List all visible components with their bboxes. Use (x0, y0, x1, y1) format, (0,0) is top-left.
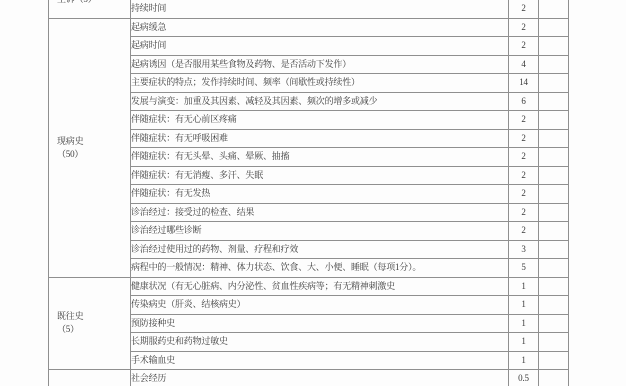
table-row: 社会经历0.5 (49, 370, 569, 386)
score-cell: 2 (509, 185, 539, 204)
item-cell: 起病时间 (131, 37, 509, 56)
check-cell (539, 278, 569, 297)
category-cell: 现病史（50） (49, 19, 131, 278)
check-cell (539, 111, 569, 130)
check-cell (539, 130, 569, 149)
score-cell: 0.5 (509, 370, 539, 386)
category-label-line: （5） (57, 323, 130, 336)
score-cell: 1 (509, 352, 539, 371)
category-cell: 主诉（5） (49, 0, 131, 19)
check-cell (539, 185, 569, 204)
item-cell: 伴随症状：有无呼吸困难 (131, 130, 509, 149)
check-cell (539, 93, 569, 112)
check-cell (539, 204, 569, 223)
check-cell (539, 315, 569, 334)
table-row: 现病史（50）起病缓急2 (49, 19, 569, 38)
item-cell: 长期服药史和药物过敏史 (131, 333, 509, 352)
score-cell: 2 (509, 37, 539, 56)
item-cell: 健康状况（有无心脏病、内分泌性、贫血性疾病等；有无精神刺激史 (131, 278, 509, 297)
check-cell (539, 296, 569, 315)
score-cell: 2 (509, 0, 539, 19)
item-cell: 伴随症状：有无心前区疼痛 (131, 111, 509, 130)
item-cell: 主要症状的特点；发作持续时间、频率（间歇性或持续性） (131, 74, 509, 93)
item-cell: 起病诱因（是否服用某些食物及药物、是否活动下发作） (131, 56, 509, 75)
score-cell: 2 (509, 111, 539, 130)
item-cell: 持续时间 (131, 0, 509, 19)
check-cell (539, 167, 569, 186)
score-cell: 1 (509, 296, 539, 315)
check-cell (539, 259, 569, 278)
item-cell: 传染病史（肝炎、结核病史） (131, 296, 509, 315)
score-cell: 2 (509, 19, 539, 38)
item-cell: 发展与演变：加重及其因素、减轻及其因素、频次的增多或减少 (131, 93, 509, 112)
item-cell: 诊治经过哪些诊断 (131, 222, 509, 241)
history-score-table: 主诉（5）持续时间2现病史（50）起病缓急2起病时间2起病诱因（是否服用某些食物… (48, 0, 569, 386)
score-cell: 1 (509, 315, 539, 334)
check-cell (539, 37, 569, 56)
item-cell: 伴随症状：有无头晕、头痛、晕厥、抽搐 (131, 148, 509, 167)
check-cell (539, 370, 569, 386)
check-cell (539, 352, 569, 371)
score-table-body: 主诉（5）持续时间2现病史（50）起病缓急2起病时间2起病诱因（是否服用某些食物… (49, 0, 569, 386)
table-row: 既往史（5）健康状况（有无心脏病、内分泌性、贫血性疾病等；有无精神刺激史1 (49, 278, 569, 297)
category-label-line: 现病史 (57, 135, 130, 148)
item-cell: 诊治经过：接受过的检查、结果 (131, 204, 509, 223)
score-cell: 2 (509, 148, 539, 167)
score-cell: 2 (509, 204, 539, 223)
document-page: 主诉（5）持续时间2现病史（50）起病缓急2起病时间2起病诱因（是否服用某些食物… (0, 0, 626, 386)
score-cell: 1 (509, 333, 539, 352)
check-cell (539, 241, 569, 260)
check-cell (539, 56, 569, 75)
check-cell (539, 0, 569, 19)
score-cell: 4 (509, 56, 539, 75)
category-label-line: （50） (57, 148, 130, 161)
check-cell (539, 148, 569, 167)
score-cell: 2 (509, 130, 539, 149)
score-cell: 5 (509, 259, 539, 278)
item-cell: 伴随症状：有无消瘦、多汗、失眠 (131, 167, 509, 186)
item-cell: 病程中的一般情况：精神、体力状态、饮食、大、小便、睡眠（每项1分）。 (131, 259, 509, 278)
category-cell: 既往史（5） (49, 278, 131, 371)
check-cell (539, 74, 569, 93)
check-cell (539, 333, 569, 352)
check-cell (539, 222, 569, 241)
score-cell: 14 (509, 74, 539, 93)
category-label-line: 主诉（5） (57, 0, 97, 6)
table-row: 主诉（5）持续时间2 (49, 0, 569, 19)
item-cell: 预防接种史 (131, 315, 509, 334)
score-cell: 2 (509, 167, 539, 186)
category-label-line: 既往史 (57, 310, 130, 323)
category-label: 既往史（5） (49, 310, 130, 336)
category-label: 主诉（5） (57, 0, 97, 6)
check-cell (539, 19, 569, 38)
item-cell: 起病缓急 (131, 19, 509, 38)
category-label: 现病史（50） (49, 135, 130, 161)
item-cell: 伴随症状：有无发热 (131, 185, 509, 204)
score-cell: 3 (509, 241, 539, 260)
item-cell: 手术输血史 (131, 352, 509, 371)
score-cell: 6 (509, 93, 539, 112)
score-cell: 2 (509, 222, 539, 241)
item-cell: 诊治经过使用过的药物、剂量、疗程和疗效 (131, 241, 509, 260)
item-cell: 社会经历 (131, 370, 509, 386)
category-cell (49, 370, 131, 386)
score-cell: 1 (509, 278, 539, 297)
